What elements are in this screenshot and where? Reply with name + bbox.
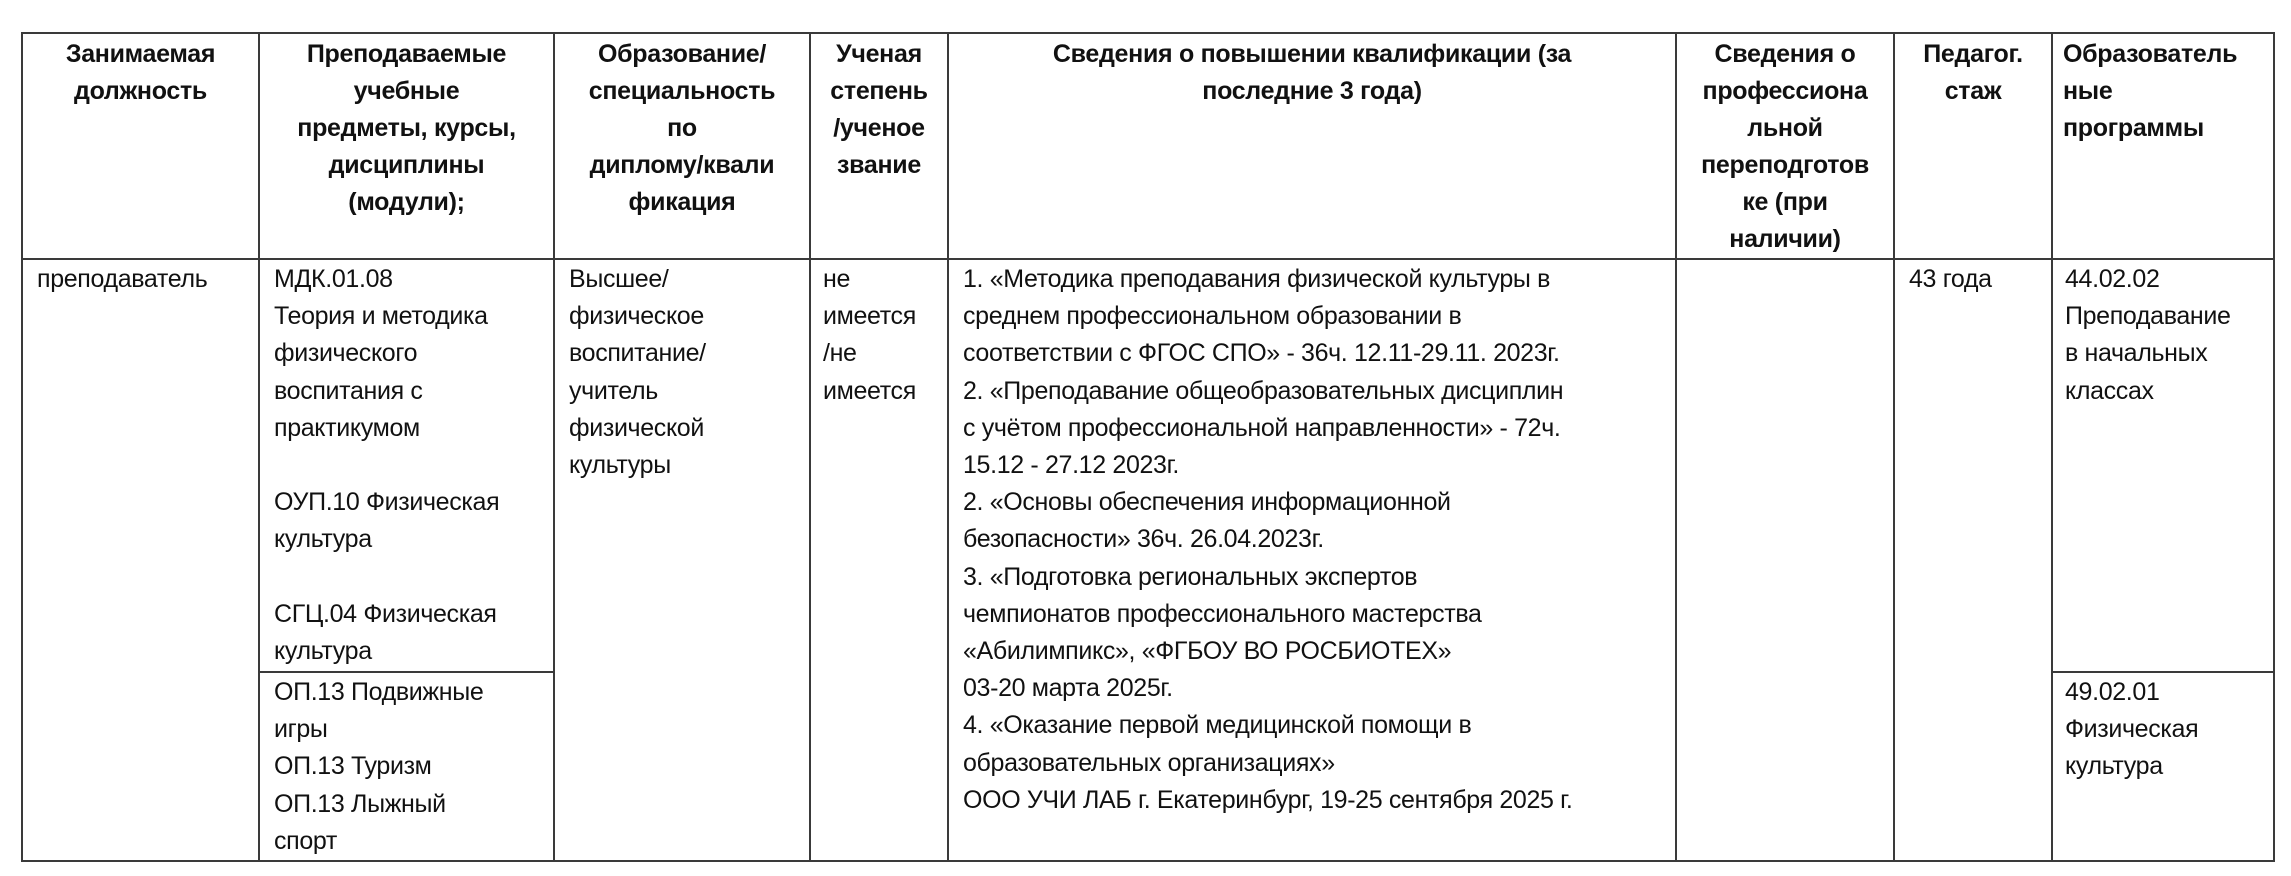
subject-item: МДК.01.08Теория и методикафизическоговос… (274, 261, 545, 447)
cell-line: Физическая (2065, 711, 2269, 748)
cell-subjects-group-2: ОП.13 ПодвижныеигрыОП.13 ТуризмОП.13 Лыж… (259, 672, 554, 861)
staff-info-table: Занимаемаядолжность Преподаваемыеучебные… (21, 32, 2275, 862)
cell-line: дисциплины (260, 147, 553, 184)
cell-line: /ученое (811, 110, 947, 147)
cell-line: имеется (823, 298, 943, 335)
cell-line: Высшее/ (569, 261, 801, 298)
cell-line: спорт (274, 823, 545, 860)
cell-line: соответствии с ФГОС СПО» - 36ч. 12.11-29… (963, 335, 1667, 372)
cell-line: должность (23, 73, 258, 110)
cell-line: стаж (1895, 73, 2051, 110)
cell-line: учебные (260, 73, 553, 110)
cell-line: Занимаемая (23, 36, 258, 73)
cell-line: 15.12 - 27.12 2023г. (963, 447, 1667, 484)
cell-line: переподготов (1677, 147, 1893, 184)
cell-line: Ученая (811, 36, 947, 73)
cell-line: предметы, курсы, (260, 110, 553, 147)
cell-line: Сведения о (1677, 36, 1893, 73)
header-programs: Образовательныепрограммы (2052, 33, 2274, 259)
header-experience: Педагог.стаж (1894, 33, 2052, 259)
blank-line (274, 447, 545, 484)
cell-line: игры (274, 711, 545, 748)
cell-line: физическое (569, 298, 801, 335)
cell-line: ке (при (1677, 184, 1893, 221)
cell-line: 3. «Подготовка региональных экспертов (963, 559, 1667, 596)
cell-experience: 43 года (1894, 259, 2052, 861)
cell-line: льной (1677, 110, 1893, 147)
cell-line: ОП.13 Лыжный (274, 786, 545, 823)
cell-qualification: 1. «Методика преподавания физической кул… (948, 259, 1676, 861)
position-text: преподаватель (37, 261, 250, 298)
header-education: Образование/специальностьподиплому/квали… (554, 33, 810, 259)
cell-line: последние 3 года) (949, 73, 1675, 110)
cell-line: образовательных организациях» (963, 745, 1667, 782)
cell-line: степень (811, 73, 947, 110)
blank-line (274, 559, 545, 596)
cell-line: практикумом (274, 410, 545, 447)
cell-line: ОУП.10 Физическая (274, 484, 545, 521)
header-retraining: Сведения опрофессиональнойпереподготовке… (1676, 33, 1894, 259)
cell-line: с учётом профессиональной направленности… (963, 410, 1667, 447)
cell-line: специальность (555, 73, 809, 110)
cell-programs-1: 44.02.02Преподаваниев начальныхклассах (2052, 259, 2274, 672)
cell-line: 2. «Преподавание общеобразовательных дис… (963, 373, 1667, 410)
cell-line: 03-20 марта 2025г. (963, 670, 1667, 707)
cell-line: среднем профессиональном образовании в (963, 298, 1667, 335)
cell-line: культуры (569, 447, 801, 484)
cell-line: «Абилимпикс», «ФГБОУ ВО РОСБИОТЕХ» (963, 633, 1667, 670)
cell-programs-2: 49.02.01Физическаякультура (2052, 672, 2274, 861)
cell-line: СГЦ.04 Физическая (274, 596, 545, 633)
header-qualification: Сведения о повышении квалификации (запос… (948, 33, 1676, 259)
cell-line: Сведения о повышении квалификации (за (949, 36, 1675, 73)
cell-education: Высшее/физическоевоспитание/учительфизич… (554, 259, 810, 861)
cell-line: МДК.01.08 (274, 261, 545, 298)
table-row: преподаватель МДК.01.08Теория и методика… (22, 259, 2274, 672)
cell-line: ОП.13 Подвижные (274, 674, 545, 711)
cell-retraining (1676, 259, 1894, 861)
cell-line: /не (823, 335, 943, 372)
cell-line: Образование/ (555, 36, 809, 73)
subject-item: ОУП.10 Физическаякультура (274, 484, 545, 558)
cell-line: программы (2063, 110, 2273, 147)
cell-line: звание (811, 147, 947, 184)
cell-line: профессиона (1677, 73, 1893, 110)
cell-line: культура (2065, 748, 2269, 785)
cell-line: имеется (823, 373, 943, 410)
subject-item: СГЦ.04 Физическаякультура (274, 596, 545, 670)
cell-line: 2. «Основы обеспечения информационной (963, 484, 1667, 521)
cell-line: 4. «Оказание первой медицинской помощи в (963, 707, 1667, 744)
cell-line: ОП.13 Туризм (274, 748, 545, 785)
cell-line: в начальных (2065, 335, 2269, 372)
cell-line: диплому/квали (555, 147, 809, 184)
cell-line: физического (274, 335, 545, 372)
cell-line: наличии) (1677, 221, 1893, 258)
cell-line: Преподавание (2065, 298, 2269, 335)
cell-line: воспитание/ (569, 335, 801, 372)
cell-line: Педагог. (1895, 36, 2051, 73)
cell-line: по (555, 110, 809, 147)
cell-academic-degree: неимеется/неимеется (810, 259, 948, 861)
cell-line: не (823, 261, 943, 298)
cell-line: 1. «Методика преподавания физической кул… (963, 261, 1667, 298)
cell-position: преподаватель (22, 259, 259, 861)
cell-line: ООО УЧИ ЛАБ г. Екатеринбург, 19-25 сентя… (963, 782, 1667, 819)
cell-line: классах (2065, 373, 2269, 410)
cell-line: Теория и методика (274, 298, 545, 335)
header-subjects: Преподаваемыеучебныепредметы, курсы,дисц… (259, 33, 554, 259)
cell-line: Преподаваемые (260, 36, 553, 73)
cell-line: чемпионатов профессионального мастерства (963, 596, 1667, 633)
cell-line: 44.02.02 (2065, 261, 2269, 298)
cell-line: учитель (569, 373, 801, 410)
cell-line: фикация (555, 184, 809, 221)
cell-line: безопасности» 36ч. 26.04.2023г. (963, 521, 1667, 558)
cell-line: культура (274, 521, 545, 558)
header-row: Занимаемаядолжность Преподаваемыеучебные… (22, 33, 2274, 259)
cell-line: физической (569, 410, 801, 447)
cell-line: культура (274, 633, 545, 670)
header-position: Занимаемаядолжность (22, 33, 259, 259)
header-academic-degree: Ученаястепень/ученоезвание (810, 33, 948, 259)
cell-line: Образователь (2063, 36, 2273, 73)
experience-text: 43 года (1909, 261, 2043, 298)
cell-line: 49.02.01 (2065, 674, 2269, 711)
cell-line: ные (2063, 73, 2273, 110)
cell-subjects-group-1: МДК.01.08Теория и методикафизическоговос… (259, 259, 554, 672)
cell-line: (модули); (260, 184, 553, 221)
cell-line: воспитания с (274, 373, 545, 410)
